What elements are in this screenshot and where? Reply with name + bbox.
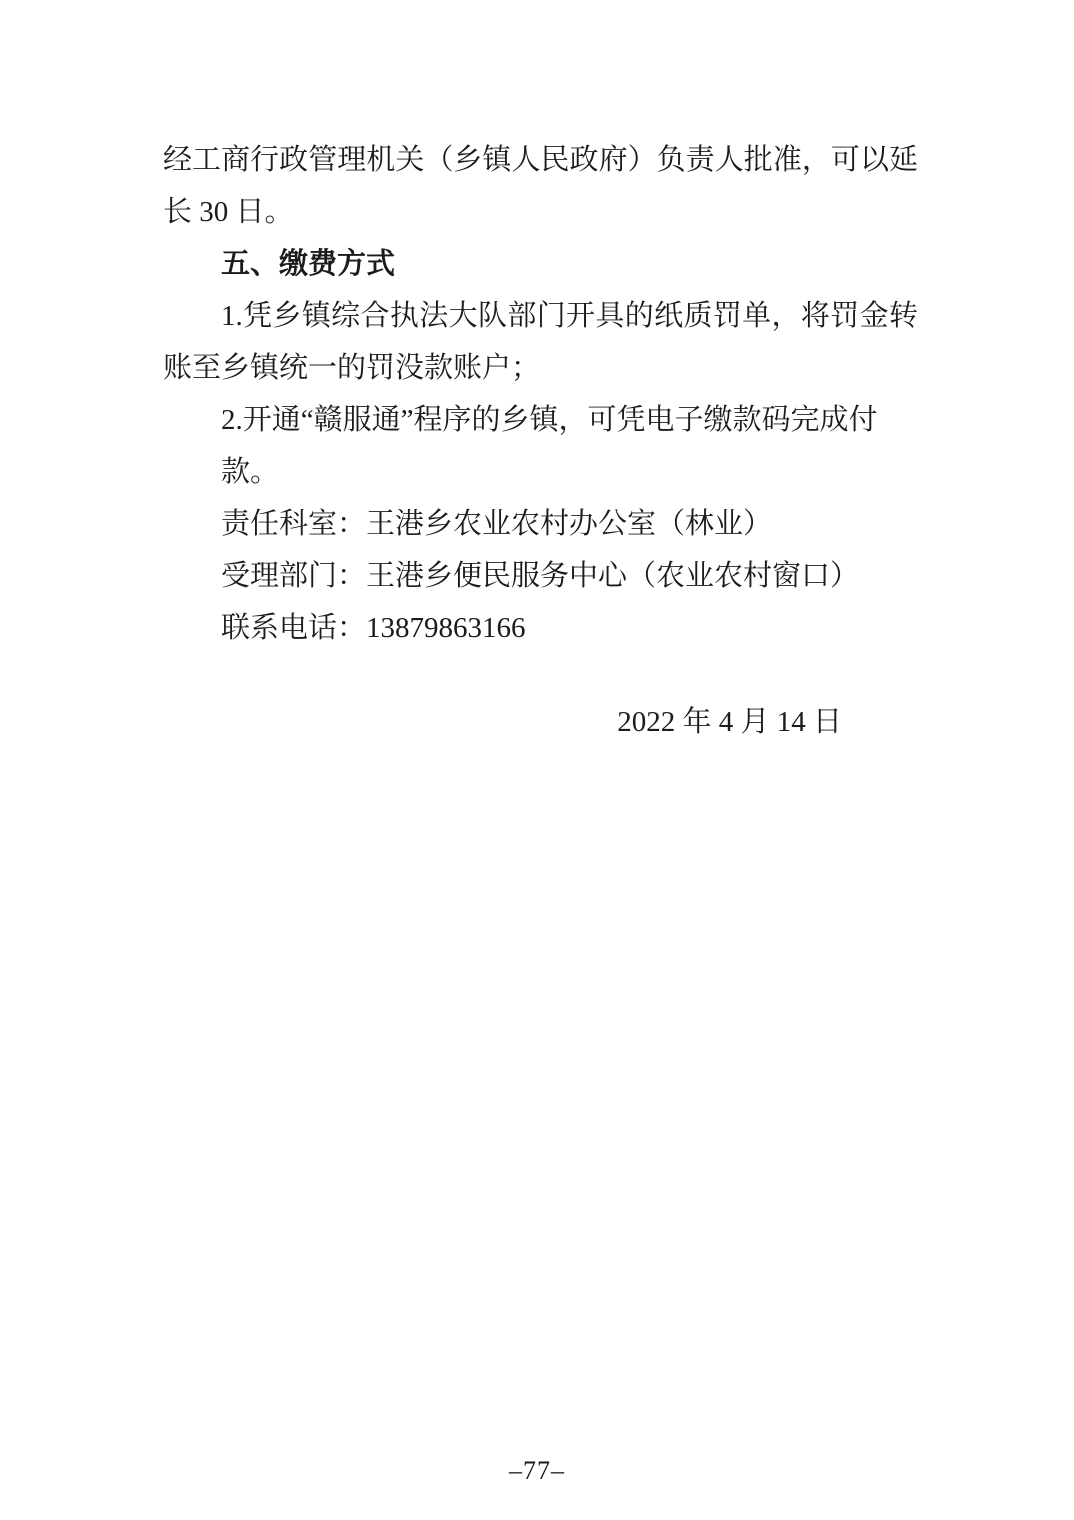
body-line-responsible-office: 责任科室：王港乡农业农村办公室（林业）: [163, 498, 918, 550]
body-line-item1-1: 1.凭乡镇综合执法大队部门开具的纸质罚单，将罚金转: [163, 290, 918, 342]
body-line-item1-2: 账至乡镇统一的罚没款账户；: [163, 342, 918, 394]
date-line: 2022 年 4 月 14 日: [163, 696, 918, 748]
body-line-extension-2: 长 30 日。: [163, 186, 918, 238]
page-number: –77–: [0, 1456, 1074, 1486]
document-body: 经工商行政管理机关（乡镇人民政府）负责人批准，可以延 长 30 日。 五、缴费方…: [163, 134, 918, 748]
document-page: 经工商行政管理机关（乡镇人民政府）负责人批准，可以延 长 30 日。 五、缴费方…: [0, 0, 1074, 1520]
body-line-contact-phone: 联系电话：13879863166: [163, 602, 918, 654]
body-line-extension-1: 经工商行政管理机关（乡镇人民政府）负责人批准，可以延: [163, 134, 918, 186]
section-heading-payment-method: 五、缴费方式: [163, 238, 918, 290]
body-line-item2: 2.开通“赣服通”程序的乡镇，可凭电子缴款码完成付款。: [163, 394, 918, 498]
body-line-accepting-department: 受理部门：王港乡便民服务中心（农业农村窗口）: [163, 550, 918, 602]
